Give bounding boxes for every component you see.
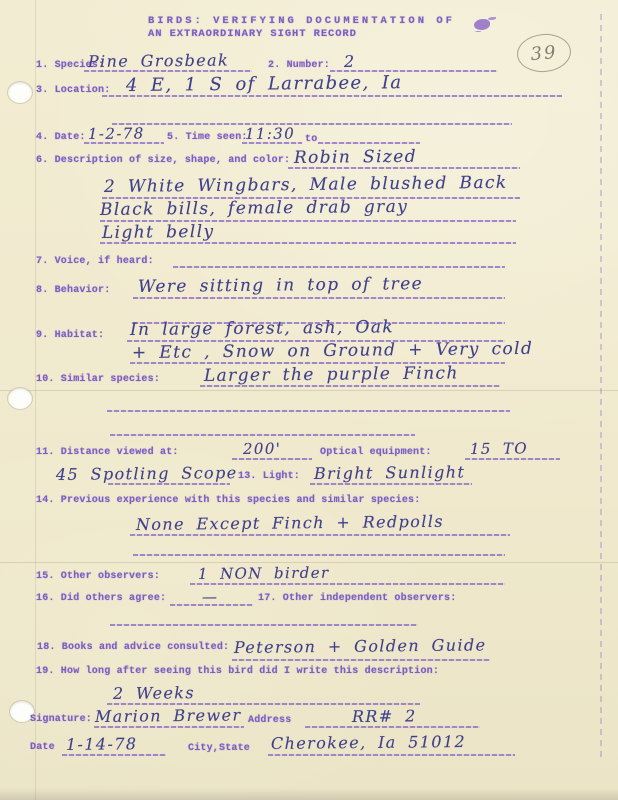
punch-hole — [8, 82, 32, 103]
date-signed-value: 1-14-78 — [66, 736, 138, 753]
light-label: 13. Light: — [238, 471, 300, 483]
habitat-line-2: + Etc , Snow on Ground + Very cold — [132, 341, 534, 362]
form-title-line1: BIRDS: VERIFYING DOCUMENTATION OF — [148, 15, 455, 27]
optical-equipment-underline — [465, 458, 560, 460]
scanned-bird-documentation-form: 39 BIRDS: VERIFYING DOCUMENTATION OF AN … — [0, 0, 618, 800]
other-observers-value: 1 NON birder — [198, 566, 330, 582]
location-label: 3. Location: — [36, 85, 110, 97]
time-seen-value: 11:30 — [245, 126, 295, 142]
distance-value: 200' — [243, 442, 282, 457]
distance-underline — [232, 458, 312, 460]
description-line-1: Robin Sized — [294, 149, 417, 167]
signature-value: Marion Brewer — [95, 707, 242, 725]
location-value: 4 E, 1 S of Larrabee, Ia — [126, 74, 403, 95]
address-value: RR# 2 — [352, 708, 417, 725]
optical-equipment-value-1: 15 TO — [470, 441, 528, 457]
distance-label: 11. Distance viewed at: — [36, 447, 179, 459]
date-signed-label: Date — [30, 742, 55, 754]
voice-underline — [173, 266, 505, 268]
other-observers-underline — [190, 583, 505, 585]
write-delay-value: 2 Weeks — [113, 685, 195, 702]
light-value: Bright Sunlight — [314, 464, 466, 482]
behavior-value: Were sitting in top of tree — [138, 276, 423, 296]
books-consulted-label: 18. Books and advice consulted: — [37, 642, 229, 654]
date-label: 4. Date: — [36, 132, 86, 144]
blank-line — [107, 410, 510, 412]
description-line-2: 2 White Wingbars, Male blushed Back — [104, 175, 508, 196]
time-seen-label: 5. Time seen: — [167, 132, 248, 144]
other-observers-label: 15. Other observers: — [36, 571, 160, 583]
similar-species-value: Larger the purple Finch — [204, 365, 459, 385]
voice-label: 7. Voice, if heard: — [36, 256, 154, 268]
signature-label: Signature: — [30, 714, 92, 726]
behavior-underline — [133, 297, 505, 299]
behavior-label: 8. Behavior: — [36, 285, 110, 297]
independent-observers-underline — [110, 624, 418, 626]
optical-equipment-label: Optical equipment: — [320, 447, 432, 459]
blank-line — [133, 554, 505, 556]
city-state-label: City,State — [188, 743, 250, 755]
city-state-underline — [268, 754, 515, 756]
description-line-3: Black bills, female drab gray — [100, 199, 408, 219]
previous-experience-label: 14. Previous experience with this specie… — [36, 495, 420, 507]
form-title-line2: AN EXTRAORDINARY SIGHT RECORD — [148, 28, 357, 40]
address-underline — [305, 726, 480, 728]
habitat-label: 9. Habitat: — [36, 330, 104, 342]
did-others-agree-value: — — [202, 590, 219, 605]
ink-smudge — [474, 19, 490, 30]
time-to-underline — [318, 142, 420, 144]
optical-equipment-underline-2 — [108, 483, 230, 485]
page-number-badge: 39 — [515, 32, 572, 75]
books-consulted-value: Peterson + Golden Guide — [234, 637, 487, 656]
write-delay-underline — [107, 703, 420, 705]
species-value: Pine Grosbeak — [88, 53, 229, 70]
city-state-value: Cherokee, Ia 51012 — [271, 734, 466, 752]
previous-experience-underline — [130, 534, 510, 536]
fold-crease-vertical — [35, 0, 36, 800]
signature-underline — [94, 726, 244, 728]
independent-observers-label: 17. Other independent observers: — [258, 593, 456, 605]
address-label: Address — [248, 715, 291, 727]
previous-experience-value: None Except Finch + Redpolls — [136, 514, 444, 533]
date-signed-underline — [62, 754, 166, 756]
number-value: 2 — [344, 54, 356, 70]
location-underline-2 — [112, 123, 512, 125]
right-edge-ditto-line — [600, 14, 602, 762]
habitat-line-1: In large forest, ash, Oak — [130, 319, 394, 339]
blank-line — [110, 434, 415, 436]
did-others-agree-label: 16. Did others agree: — [36, 593, 166, 605]
write-delay-label: 19. How long after seeing this bird did … — [36, 666, 439, 678]
date-value: 1-2-78 — [88, 126, 145, 142]
time-to-label: to — [305, 134, 317, 146]
books-consulted-underline — [232, 659, 490, 661]
description-line-4: Light belly — [102, 224, 215, 242]
page-number: 39 — [530, 41, 559, 64]
optical-equipment-value-2: 45 Spotling Scope — [56, 465, 238, 483]
number-label: 2. Number: — [268, 60, 330, 72]
punch-hole — [8, 388, 32, 409]
similar-species-label: 10. Similar species: — [36, 374, 160, 386]
fold-crease-upper — [0, 390, 618, 391]
description-label: 6. Description of size, shape, and color… — [36, 155, 290, 167]
light-underline — [310, 483, 472, 485]
